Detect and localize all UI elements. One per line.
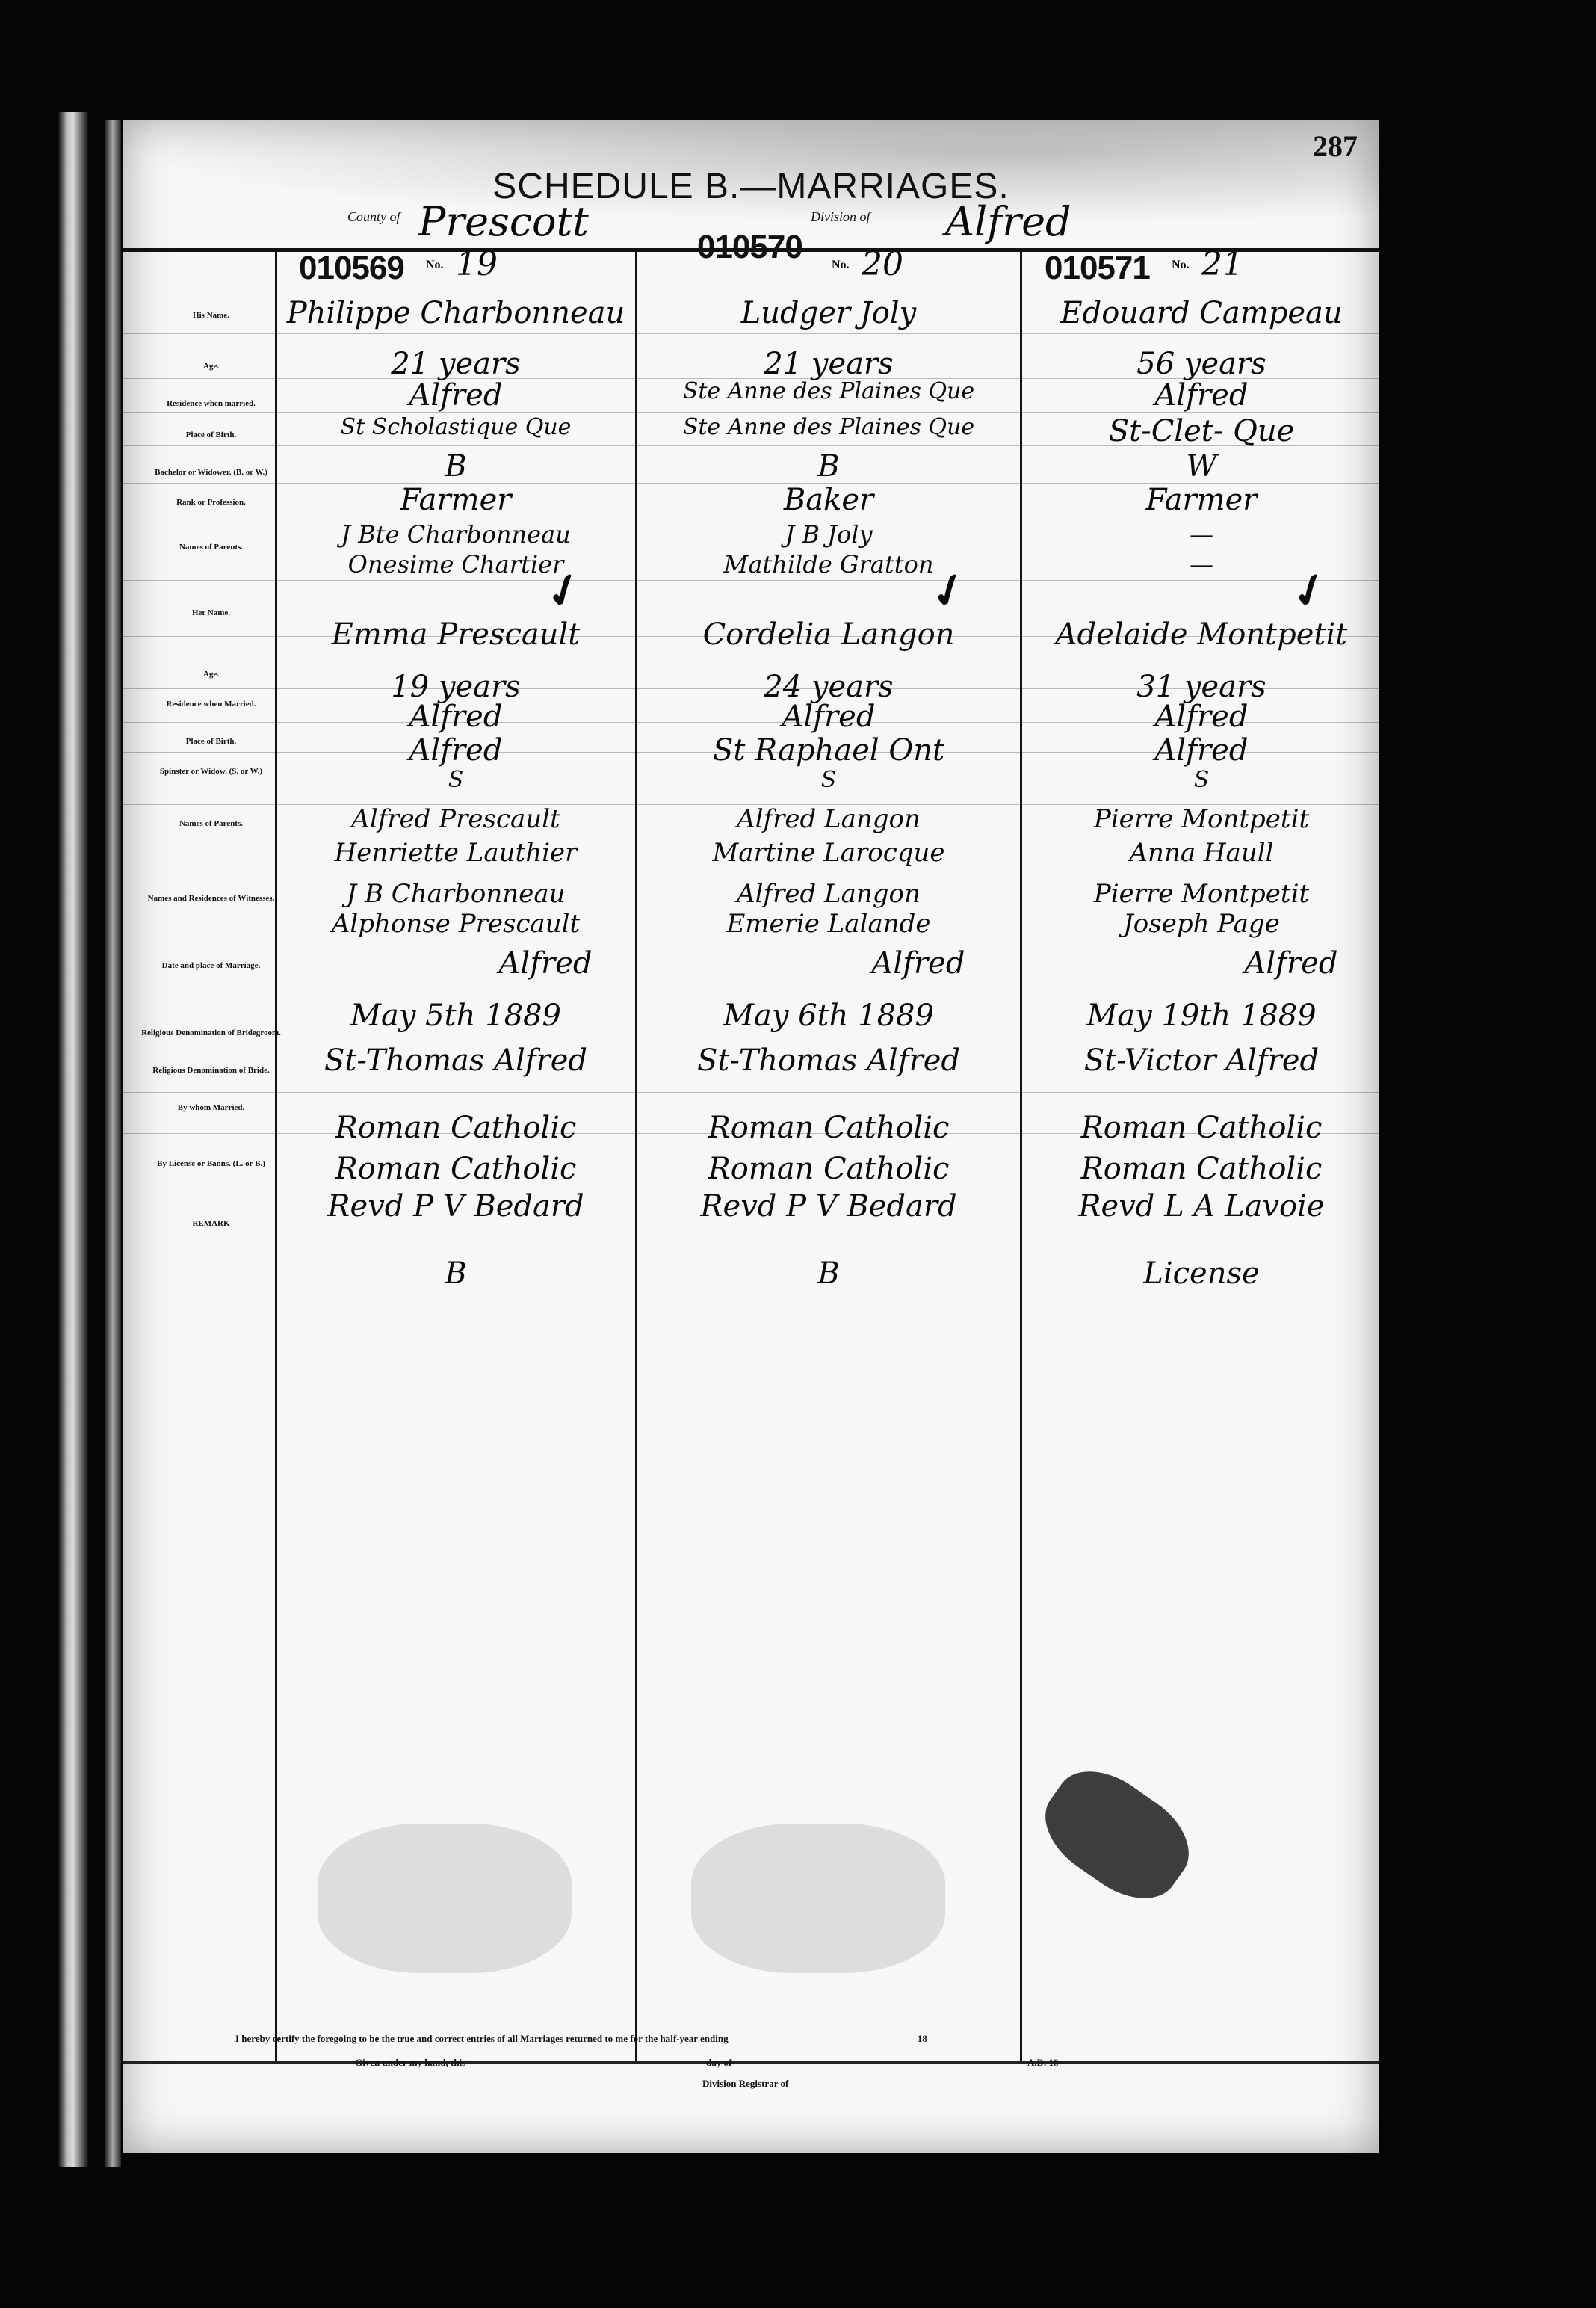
license-or-banns: B	[637, 1256, 1020, 1291]
spinster-or-widow: S	[637, 767, 1020, 793]
entry-no-label: No.	[832, 259, 850, 272]
row-divider	[123, 333, 1379, 334]
marriage-date: May 6th 1889	[637, 999, 1020, 1033]
groom-father: J B Joly	[637, 520, 1020, 549]
spinster-or-widow: S	[1022, 767, 1381, 793]
row-label-spinster-widow: Spinster or Widow. (S. or W.)	[138, 767, 284, 776]
groom-residence: Alfred	[1022, 378, 1381, 413]
bride-residence: Alfred	[637, 700, 1020, 734]
row-label-her-name: Her Name.	[138, 608, 284, 617]
division-registrar: Division Registrar of	[702, 2078, 788, 2090]
entry-number: 21	[1201, 245, 1243, 283]
bride-father: Alfred Prescault	[276, 804, 635, 834]
row-label-her-residence: Residence when Married.	[138, 700, 284, 709]
marriage-place: St-Thomas Alfred	[276, 1043, 635, 1078]
row-label-his-parents: Names of Parents.	[138, 543, 284, 552]
witness-1: Alfred Langon	[637, 879, 1020, 909]
marriage-register-table: His Name.Age.Residence when married.Plac…	[123, 251, 1379, 2063]
groom-mother: Onesime Chartier	[276, 550, 635, 578]
groom-residence: Alfred	[276, 378, 635, 413]
bride-birthplace: Alfred	[1022, 733, 1381, 768]
entry-number: 20	[862, 245, 903, 283]
row-divider	[123, 1092, 1379, 1093]
certify-statement: I hereby certify the foregoing to be the…	[235, 2033, 729, 2044]
license-or-banns: B	[276, 1256, 635, 1291]
bride-mother: Henriette Lauthier	[276, 838, 635, 868]
row-label-officiant: By whom Married.	[138, 1103, 284, 1112]
bachelor-or-widower: B	[637, 449, 1020, 484]
groom-residence: Ste Anne des Plaines Que	[637, 378, 1020, 404]
county-value: Prescott	[418, 198, 589, 245]
division-value: Alfred	[945, 198, 1071, 245]
bride-name: Cordelia Langon	[637, 617, 1020, 652]
footer-rule	[123, 2061, 1379, 2064]
bride-name: Adelaide Montpetit	[1022, 617, 1381, 652]
bachelor-or-widower: W	[1022, 449, 1381, 484]
groom-father: J Bte Charbonneau	[276, 520, 635, 549]
bride-birthplace: Alfred	[276, 733, 635, 768]
marriage-date: May 19th 1889	[1022, 999, 1381, 1033]
groom-birthplace: St Scholastique Que	[276, 414, 635, 440]
row-label-date-place: Date and place of Marriage.	[138, 961, 284, 970]
spinster-or-widow: S	[276, 767, 635, 793]
book-binding-edge-inner	[105, 120, 121, 2167]
row-label-remark: REMARK	[138, 1219, 284, 1228]
groom-mother: —	[1022, 550, 1381, 578]
row-label-license-banns: By License or Banns. (L. or B.)	[138, 1159, 284, 1168]
marriage-date: May 5th 1889	[276, 999, 635, 1033]
row-label-religion-groom: Religious Denomination of Bridegroom.	[138, 1028, 284, 1037]
groom-profession: Farmer	[276, 483, 635, 517]
entry-no-label: No.	[1172, 259, 1190, 272]
groom-profession: Farmer	[1022, 483, 1381, 517]
religion-bridegroom: Roman Catholic	[637, 1111, 1020, 1145]
page-title: SCHEDULE B.—MARRIAGES.	[123, 166, 1379, 207]
entry-number: 19	[456, 245, 498, 283]
book-binding-edge	[58, 112, 88, 2167]
religion-bride: Roman Catholic	[1022, 1152, 1381, 1186]
bride-residence: Alfred	[1022, 700, 1381, 734]
groom-father: —	[1022, 520, 1381, 549]
officiant: Revd L A Lavoie	[1022, 1189, 1381, 1224]
row-label-bachelor-widower: Bachelor or Widower. (B. or W.)	[138, 468, 284, 477]
groom-birthplace: Ste Anne des Plaines Que	[637, 414, 1020, 440]
religion-bride: Roman Catholic	[276, 1152, 635, 1186]
witness-2: Joseph Page	[1022, 909, 1381, 939]
row-label-age: Age.	[138, 362, 284, 371]
registration-number: 010571	[1045, 250, 1150, 287]
division-label: Division of	[811, 209, 870, 225]
page-number: 287	[1313, 129, 1358, 164]
license-or-banns: License	[1022, 1256, 1381, 1291]
religion-bride: Roman Catholic	[637, 1152, 1020, 1186]
religion-bridegroom: Roman Catholic	[276, 1111, 635, 1145]
bride-name: Emma Prescault	[276, 617, 635, 652]
day-of: day of	[706, 2057, 731, 2069]
row-label-birthplace: Place of Birth.	[138, 431, 284, 439]
row-label-profession: Rank or Profession.	[138, 498, 284, 507]
row-label-religion-bride: Religious Denomination of Bride.	[138, 1066, 284, 1075]
given-under-hand: Given under my hand, this	[355, 2057, 466, 2069]
row-label-her-age: Age.	[138, 670, 284, 679]
groom-age: 21 years	[276, 347, 635, 381]
bride-father: Alfred Langon	[637, 804, 1020, 834]
officiant: Revd P V Bedard	[637, 1189, 1020, 1224]
registration-number: 010569	[299, 250, 404, 287]
groom-name: Ludger Joly	[637, 296, 1020, 330]
certify-text: I hereby certify the foregoing to be the…	[235, 2033, 927, 2045]
groom-birthplace: St-Clet- Que	[1022, 414, 1381, 448]
paper-stain	[318, 1824, 572, 1973]
bride-mother: Martine Larocque	[637, 838, 1020, 868]
bachelor-or-widower: B	[276, 449, 635, 484]
groom-name: Philippe Charbonneau	[276, 296, 635, 330]
groom-profession: Baker	[637, 483, 1020, 517]
registration-number: 010570	[697, 229, 802, 266]
row-label-her-birthplace: Place of Birth.	[138, 737, 284, 746]
marriage-place: St-Victor Alfred	[1022, 1043, 1381, 1078]
groom-age: 56 years	[1022, 347, 1381, 381]
marriage-place: St-Thomas Alfred	[637, 1043, 1020, 1078]
certify-year: 18	[918, 2033, 927, 2044]
row-label-her-parents: Names of Parents.	[138, 819, 284, 828]
register-page: 287 SCHEDULE B.—MARRIAGES. County of Pre…	[123, 120, 1379, 2153]
row-label-witnesses: Names and Residences of Witnesses.	[138, 894, 284, 903]
bride-father: Pierre Montpetit	[1022, 804, 1381, 834]
witness-1: J B Charbonneau	[276, 879, 635, 909]
county-label: County of	[347, 209, 400, 225]
groom-name: Edouard Campeau	[1022, 296, 1381, 330]
row-divider	[123, 580, 1379, 581]
officiant: Revd P V Bedard	[276, 1189, 635, 1224]
entry-no-label: No.	[426, 259, 444, 272]
ad-year: A.D. 18	[1027, 2057, 1059, 2069]
row-label-residence: Residence when married.	[138, 399, 284, 408]
groom-age: 21 years	[637, 347, 1020, 381]
paper-stain	[691, 1824, 945, 1973]
religion-bridegroom: Roman Catholic	[1022, 1111, 1381, 1145]
row-label-his-name: His Name.	[138, 311, 284, 320]
bride-residence: Alfred	[276, 700, 635, 734]
witness-2: Emerie Lalande	[637, 909, 1020, 939]
witness-1: Pierre Montpetit	[1022, 879, 1381, 909]
bride-mother: Anna Haull	[1022, 838, 1381, 868]
witness-residence: Alfred	[1022, 946, 1470, 981]
bride-birthplace: St Raphael Ont	[637, 733, 1020, 768]
witness-2: Alphonse Prescault	[276, 909, 635, 939]
